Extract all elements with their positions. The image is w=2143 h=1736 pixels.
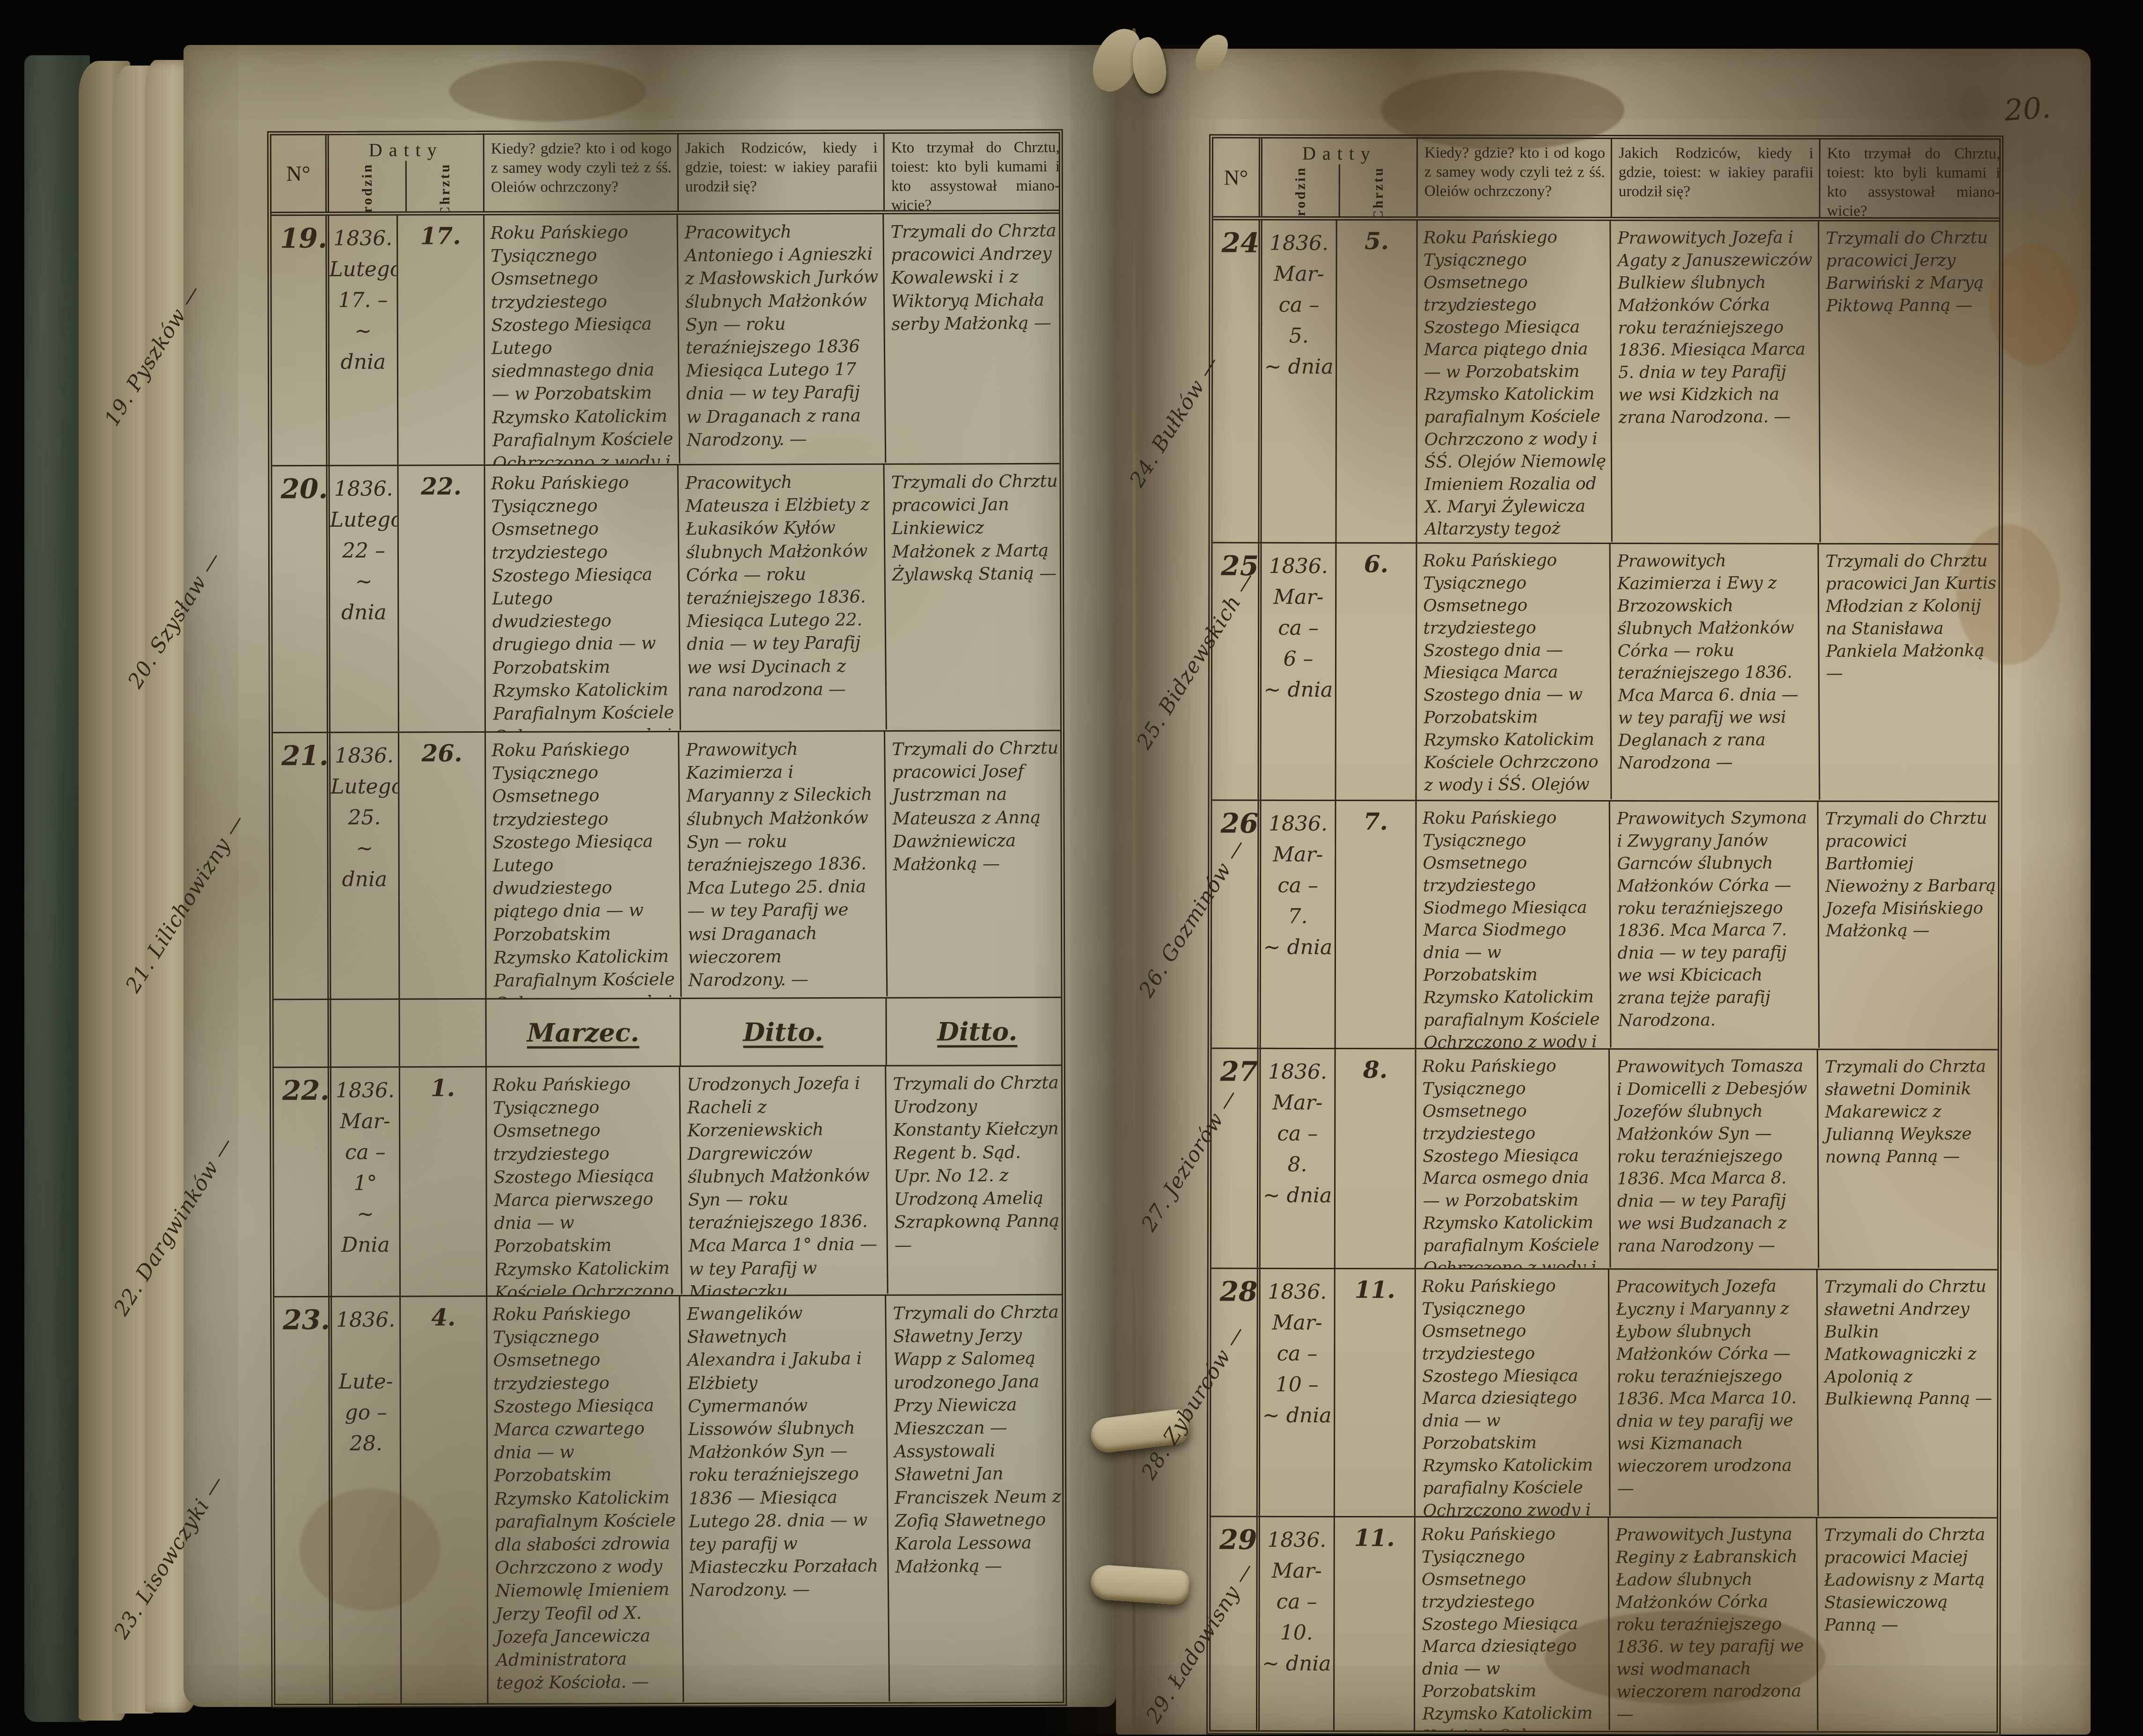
baptism-date-cell: 11. bbox=[1335, 1517, 1416, 1730]
baptism-date-cell: 4. bbox=[401, 1297, 488, 1703]
register-row: 20. 1836. Lutego 22 – ∼ dnia 22. Roku Pa… bbox=[272, 464, 1060, 733]
birth-date-cell: 1836. Lute- go – 28. bbox=[332, 1297, 402, 1703]
register-table-right: N° Datty Urodzin Chrztu Kiedy? gdzie? kt… bbox=[1206, 134, 2004, 1735]
header-datty: Datty Urodzin Chrztu bbox=[1262, 139, 1418, 217]
godparents-text: Trzymali do Chrztu pracowici Jan Kurtis … bbox=[1819, 544, 2006, 801]
header-parents-question: Jakich Rodziców, kiedy i gdzie, toiest: … bbox=[1612, 139, 1820, 217]
header-urodzin: Urodzin bbox=[1292, 164, 1308, 216]
parents-text: Prawowitych Kazimierza i Maryanny z Sile… bbox=[679, 731, 888, 998]
baptism-record-text: Roku Pańskiego Tysiącznego Osmsetnego tr… bbox=[1416, 544, 1612, 801]
parents-text: Prawowitych Kazimierza i Ewy z Brzozowsk… bbox=[1611, 544, 1820, 801]
parents-text: Prawowitych Justyna Reginy z Łabranskich… bbox=[1609, 1517, 1818, 1731]
birth-date-cell: 1836. Mar- ca – 10. ∼ dnia bbox=[1260, 1517, 1335, 1730]
godparents-text: Trzymali do Chrzta pracowici Andrzey Kow… bbox=[884, 213, 1067, 464]
parents-text: Pracowitych Mateusza i Elżbiety z Łukasi… bbox=[678, 464, 887, 731]
baptism-record-text: Roku Pańskiego Tysiącznego Osmsetnego tr… bbox=[1416, 221, 1613, 543]
entry-no: 21. bbox=[273, 733, 331, 999]
register-row: 29. 1836. Mar- ca – 10. ∼ dnia 11. Roku … bbox=[1211, 1517, 1997, 1732]
table-header-row: N° Datty Urodzin Chrztu Kiedy? gdzie? kt… bbox=[1213, 139, 1999, 222]
parents-text: Ewangelików Sławetnych Alexandra i Jakub… bbox=[680, 1295, 890, 1703]
baptism-record-text: Roku Pańskiego Tysiącznego Osmsetnego tr… bbox=[486, 1295, 684, 1704]
paper-stain bbox=[449, 61, 646, 122]
godparents-text: Trzymali do Chrzta Sławetny Jerzy Wapp z… bbox=[886, 1295, 1071, 1703]
header-datty-label: Datty bbox=[369, 139, 443, 161]
godparents-text: Trzymali do Chrztu pracowici Josef Justr… bbox=[885, 730, 1068, 998]
parents-text: Pracowitych Antoniego i Agnieszki z Masł… bbox=[678, 213, 886, 464]
register-row: 26. 1836. Mar- ca – 7. ∼ dnia 7. Roku Pa… bbox=[1212, 801, 1998, 1051]
birth-date-cell: 1836. Mar- ca – 7. ∼ dnia bbox=[1261, 801, 1336, 1048]
table-header-row: N° Datty Urodzin Chrztu Kiedy? gdzie? kt… bbox=[272, 133, 1059, 216]
header-datty: Datty Urodzin Chrztu bbox=[329, 135, 484, 212]
ditto-label: Ditto. bbox=[887, 998, 1067, 1065]
ditto-label: Ditto. bbox=[681, 999, 887, 1066]
godparents-text: Trzymali do Chrzta pracowici Maciej Łado… bbox=[1817, 1518, 2004, 1732]
header-baptism-question: Kiedy? gdzie? kto i od kogo z samey wody… bbox=[484, 134, 679, 211]
register-table-left: N° Datty Urodzin Chrztu Kiedy? gdzie? kt… bbox=[267, 129, 1067, 1708]
baptism-record-text: Roku Pańskiego Tysiącznego Osmsetnego tr… bbox=[1415, 1517, 1610, 1731]
godparents-text: Trzymali do Chrztu sławetni Andrzey Bulk… bbox=[1818, 1270, 2004, 1517]
month-label: Marzec. bbox=[486, 999, 681, 1066]
entry-no: 22. bbox=[274, 1068, 332, 1296]
baptism-record-text: Roku Pańskiego Tysiącznego Osmsetnego tr… bbox=[486, 1066, 683, 1296]
baptism-date-cell: 17. bbox=[398, 215, 485, 464]
register-row: 22. 1836. Mar- ca – 1° ∼ Dnia 1. Roku Pa… bbox=[274, 1066, 1062, 1297]
header-godparents-question: Kto trzymał do Chrztu, toiest: kto byli … bbox=[1820, 140, 2006, 218]
header-godparents-question: Kto trzymał do Chrztu, toiest: kto byli … bbox=[885, 133, 1065, 210]
baptism-date-cell: 6. bbox=[1336, 544, 1417, 800]
baptism-date-cell: 11. bbox=[1335, 1269, 1416, 1516]
baptism-record-text: Roku Pańskiego Tysiącznego Osmsetnego tr… bbox=[1415, 1269, 1611, 1517]
baptism-date-cell: 8. bbox=[1336, 1049, 1416, 1268]
header-baptism-question: Kiedy? gdzie? kto i od kogo z samey wody… bbox=[1418, 139, 1612, 217]
baptism-date-cell: 26. bbox=[399, 733, 486, 998]
page-number: 20. bbox=[2004, 90, 2052, 128]
parents-text: Urodzonych Jozefa i Racheli z Korzeniews… bbox=[680, 1066, 888, 1295]
entry-no: 28. bbox=[1211, 1269, 1261, 1516]
parents-text: Prawowitych Jozefa i Agaty z Januszewicz… bbox=[1611, 221, 1821, 543]
baptism-record-text: Roku Pańskiego Tysiącznego Osmsetnego tr… bbox=[485, 731, 682, 999]
register-row: 24. 1836. Mar- ca – 5. ∼ dnia 5. Roku Pa… bbox=[1212, 221, 1999, 545]
register-row: 28. 1836. Mar- ca – 10 – ∼ dnia 11. Roku… bbox=[1211, 1269, 1997, 1519]
baptism-date-cell: 5. bbox=[1336, 221, 1417, 542]
birth-date-cell: 1836. Lutego 22 – ∼ dnia bbox=[330, 466, 399, 731]
godparents-text: Trzymali do Chrztu pracowici Bartłomiej … bbox=[1819, 802, 2005, 1049]
header-parents-question: Jakich Rodziców, kiedy i gdzie, toiest: … bbox=[679, 134, 885, 211]
header-no: N° bbox=[1213, 139, 1262, 216]
birth-date-cell: 1836. Mar- ca – 1° ∼ Dnia bbox=[331, 1067, 401, 1295]
entry-no: 19. bbox=[272, 216, 330, 465]
register-row: 27. 1836. Mar- ca – 8. ∼ dnia 8. Roku Pa… bbox=[1211, 1049, 1998, 1271]
entry-no: 27. bbox=[1211, 1049, 1261, 1268]
header-no: N° bbox=[272, 135, 329, 212]
header-urodzin: Urodzin bbox=[359, 161, 375, 212]
parents-text: Pracowitych Jozefa Łyczny i Maryanny z Ł… bbox=[1609, 1269, 1819, 1517]
baptism-record-text: Roku Pańskiego Tysiącznego Osmsetnego tr… bbox=[484, 214, 680, 465]
binding-stitch bbox=[1090, 1564, 1190, 1605]
baptism-date-cell: 22. bbox=[398, 466, 485, 731]
godparents-text: Trzymali do Chrzta sławetni Dominik Maka… bbox=[1818, 1050, 2004, 1269]
baptism-date-cell: 1. bbox=[400, 1067, 487, 1295]
godparents-text: Trzymali do Chrzta Urodzony Konstanty Ki… bbox=[886, 1065, 1069, 1295]
birth-date-cell: 1836. Mar- ca – 10 – ∼ dnia bbox=[1260, 1269, 1336, 1516]
register-row: 25. 1836. Mar- ca – 6 – ∼ dnia 6. Roku P… bbox=[1212, 544, 1998, 802]
register-row: 21. 1836. Lutego 25. ∼ dnia 26. Roku Pań… bbox=[273, 731, 1061, 1000]
birth-date-cell: 1836. Mar- ca – 5. ∼ dnia bbox=[1262, 221, 1337, 542]
baptism-record-text: Roku Pańskiego Tysiącznego Osmsetnego tr… bbox=[484, 464, 681, 732]
birth-date-cell: 1836. Lutego 25. ∼ dnia bbox=[330, 733, 400, 998]
godparents-text: Trzymali do Chrztu pracowici Jerzy Barwi… bbox=[1819, 221, 2006, 544]
binding-thread bbox=[1132, 28, 1136, 1735]
godparents-text: Trzymali do Chrztu pracowici Jan Linkiew… bbox=[884, 463, 1067, 731]
baptism-record-text: Roku Pańskiego Tysiącznego Osmsetnego tr… bbox=[1416, 801, 1612, 1049]
register-row: 23. 1836. Lute- go – 28. 4. Roku Pańskie… bbox=[274, 1295, 1063, 1704]
birth-date-cell: 1836. Lutego 17. – ∼ dnia bbox=[329, 216, 398, 465]
parents-text: Prawowitych Szymona i Zwygrany Janów Gar… bbox=[1610, 801, 1820, 1049]
entry-no: 20. bbox=[272, 466, 330, 732]
header-chrztu: Chrztu bbox=[1370, 164, 1386, 216]
header-chrztu: Chrztu bbox=[437, 161, 453, 212]
birth-date-cell: 1836. Mar- ca – 8. ∼ dnia bbox=[1261, 1049, 1336, 1268]
baptism-record-text: Roku Pańskiego Tysiącznego Osmsetnego tr… bbox=[1416, 1049, 1611, 1269]
register-row: 19. 1836. Lutego 17. – ∼ dnia 17. Roku P… bbox=[272, 214, 1059, 466]
baptism-date-cell: 7. bbox=[1336, 801, 1417, 1048]
month-header-row: Marzec. Ditto. Ditto. bbox=[273, 998, 1061, 1068]
entry-no: 23. bbox=[274, 1297, 333, 1704]
entry-no: 24. bbox=[1212, 221, 1262, 542]
birth-date-cell: 1836. Mar- ca – 6 – ∼ dnia bbox=[1262, 544, 1337, 800]
header-datty-label: Datty bbox=[1302, 142, 1377, 164]
parents-text: Prawowitych Tomasza i Domicelli z Debesj… bbox=[1610, 1049, 1819, 1269]
